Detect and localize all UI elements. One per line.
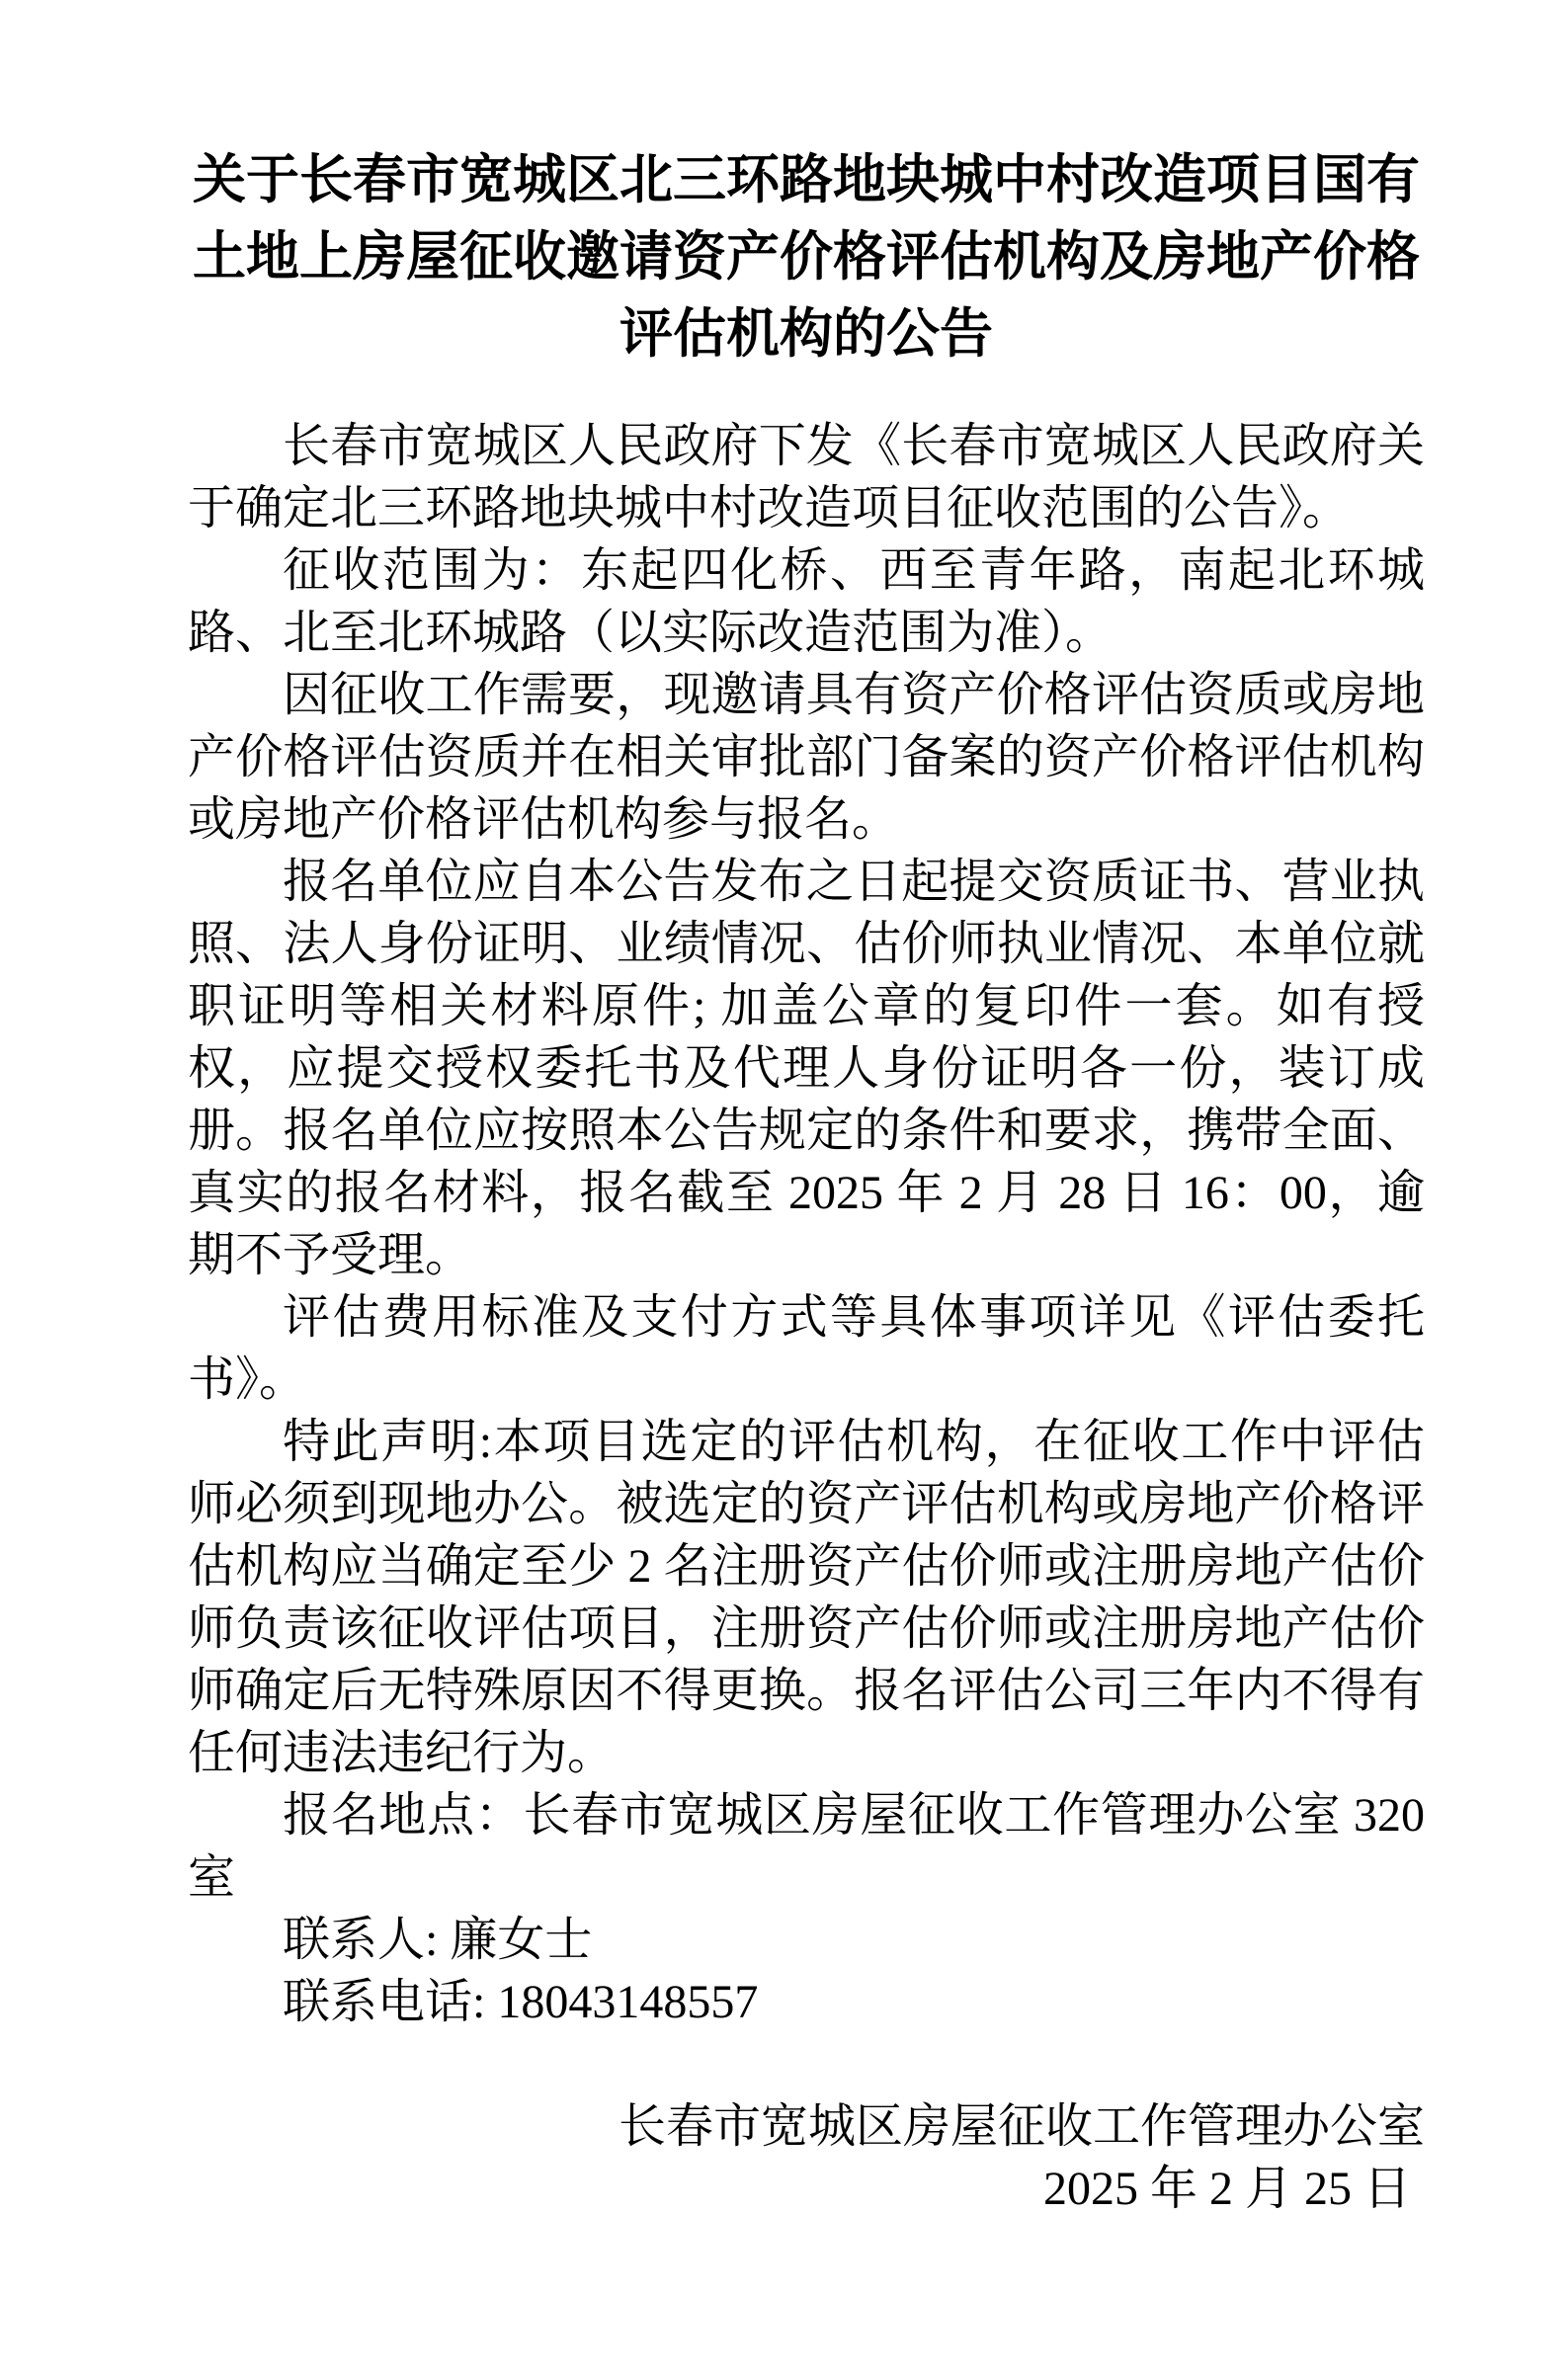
paragraph-invitation: 因征收工作需要，现邀请具有资产价格评估资质或房地产价格评估资质并在相关审批部门备… [188,664,1425,851]
paragraph-issuance: 长春市宽城区人民政府下发《长春市宽城区人民政府关于确定北三环路地块城中村改造项目… [188,415,1425,539]
signature-org: 长春市宽城区房屋征收工作管理办公室 [188,2095,1425,2158]
paragraph-fees: 评估费用标准及支付方式等具体事项详见《评估委托书》。 [188,1286,1425,1411]
signature-date: 2025 年 2 月 25 日 [188,2158,1425,2220]
signature-block: 长春市宽城区房屋征收工作管理办公室 2025 年 2 月 25 日 [188,2095,1425,2220]
paragraph-contact-phone: 联系电话: 18043148557 [188,1971,1425,2033]
paragraph-application-address: 报名地点：长春市宽城区房屋征收工作管理办公室 320 室 [188,1784,1425,1909]
paragraph-expropriation-scope: 征收范围为：东起四化桥、西至青年路，南起北环城路、北至北环城路（以实际改造范围为… [188,539,1425,664]
paragraph-declaration: 特此声明:本项目选定的评估机构，在征收工作中评估师必须到现地办公。被选定的资产评… [188,1411,1425,1784]
announcement-page: 关于长春市宽城区北三环路地块城中村改造项目国有 土地上房屋征收邀请资产价格评估机… [0,0,1568,2377]
page-title: 关于长春市宽城区北三环路地块城中村改造项目国有 土地上房屋征收邀请资产价格评估机… [188,141,1425,372]
title-line-3: 评估机构的公告 [188,295,1425,372]
title-line-1: 关于长春市宽城区北三环路地块城中村改造项目国有 [188,141,1425,218]
paragraph-application-materials: 报名单位应自本公告发布之日起提交资质证书、营业执照、法人身份证明、业绩情况、估价… [188,851,1425,1286]
document-body: 长春市宽城区人民政府下发《长春市宽城区人民政府关于确定北三环路地块城中村改造项目… [188,415,1425,2033]
paragraph-contact-person: 联系人: 廉女士 [188,1909,1425,1971]
title-line-2: 土地上房屋征收邀请资产价格评估机构及房地产价格 [188,218,1425,295]
